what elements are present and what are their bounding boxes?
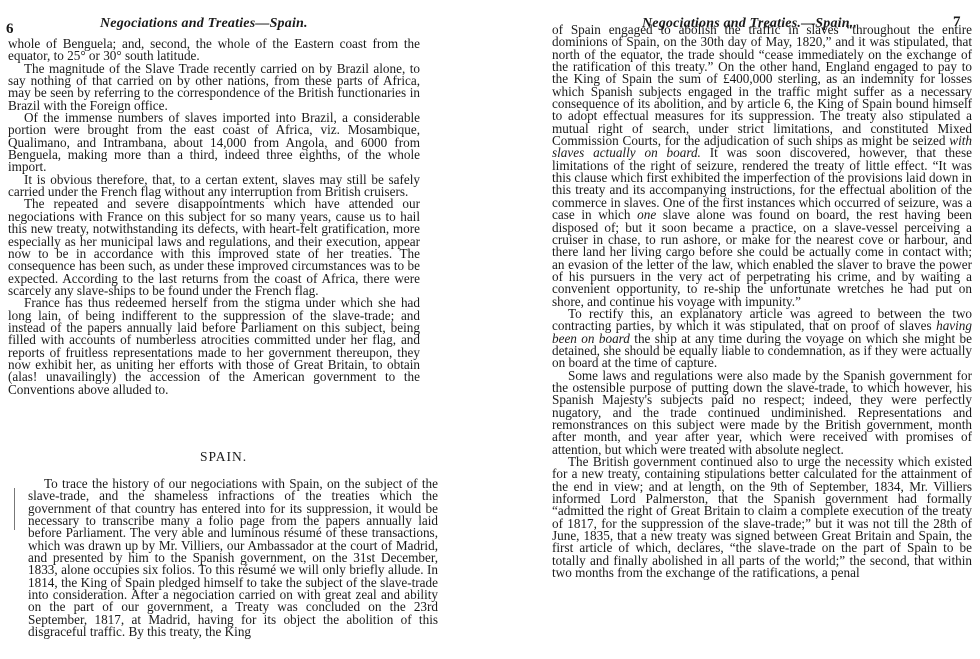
text-run: To rectify this, an explanatory article … [552, 306, 972, 333]
text-run: The British government continued also to… [552, 454, 972, 580]
paragraph: France has thus redeemed herself from th… [8, 297, 420, 396]
text-run: Some laws and regulations were also made… [552, 368, 972, 457]
right-page: Negociations and Treaties.—Spain.. 7 of … [490, 0, 980, 659]
paragraph: The British government continued also to… [552, 456, 972, 579]
body-text-top: whole of Benguela; and, second, the whol… [8, 38, 420, 396]
paragraph: whole of Benguela; and, second, the whol… [8, 38, 420, 63]
paragraph: of Spain engaged to abolish the traffic … [552, 24, 972, 308]
running-head: Negociations and Treaties—Spain. [100, 16, 308, 32]
text-run: slave alone was found on board, the rest… [552, 207, 972, 308]
paragraph: The magnitude of the Slave Trade recentl… [8, 63, 420, 112]
paragraph: To rectify this, an explanatory article … [552, 308, 972, 370]
body-text-bottom: To trace the history of our negociations… [28, 478, 438, 638]
body-text: of Spain engaged to abolish the traffic … [552, 24, 972, 579]
section-heading: SPAIN. [200, 449, 247, 465]
left-page: 6 Negociations and Treaties—Spain. whole… [0, 0, 490, 659]
paragraph: Of the immense numbers of slaves importe… [8, 112, 420, 174]
paragraph: Some laws and regulations were also made… [552, 370, 972, 456]
paragraph: It is obvious therefore, that, to a cert… [8, 174, 420, 199]
text-run: of Spain engaged to abolish the traffic … [552, 22, 972, 148]
paragraph: The repeated and severe disappointments … [8, 198, 420, 297]
paragraph: To trace the history of our negociations… [28, 478, 438, 638]
margin-rule [14, 488, 15, 530]
